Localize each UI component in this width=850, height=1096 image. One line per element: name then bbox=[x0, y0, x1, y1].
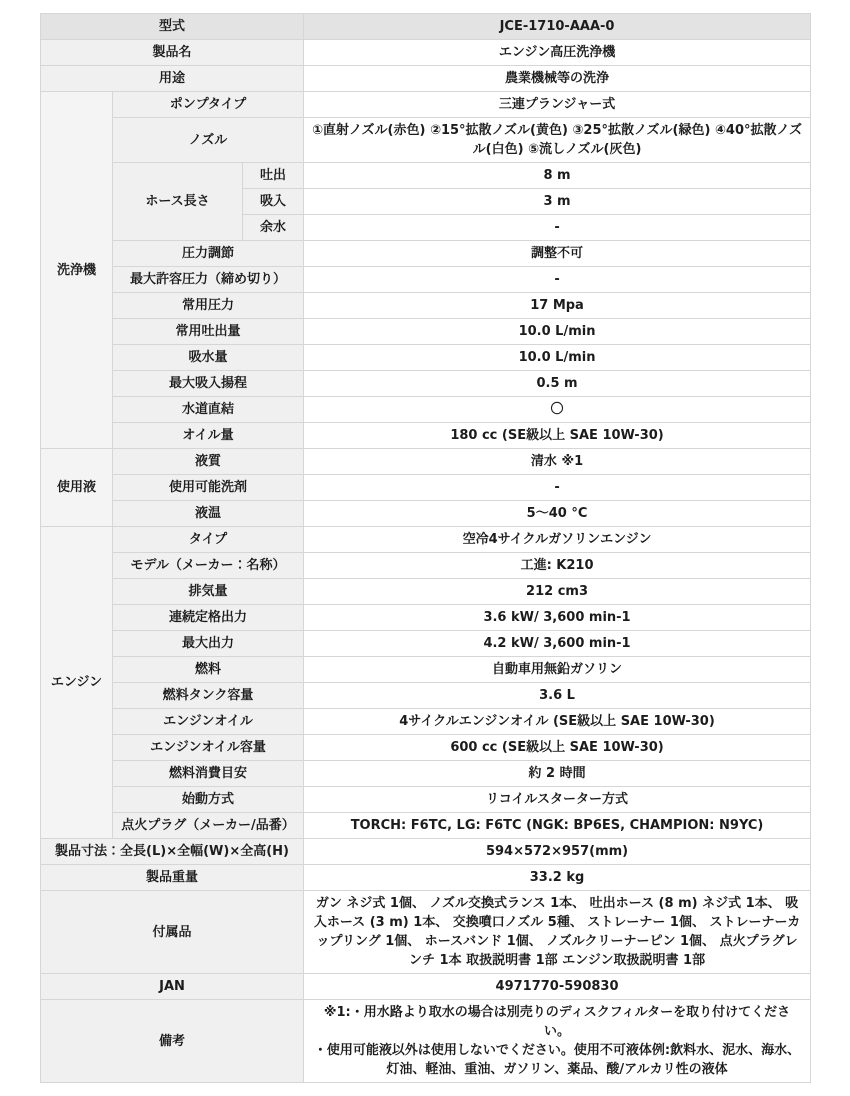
liquid-quality-label: 液質 bbox=[113, 449, 304, 475]
pump-type-label: ポンプタイプ bbox=[113, 92, 304, 118]
row-product-name: 製品名 エンジン高圧洗浄機 bbox=[41, 40, 811, 66]
row-hose-discharge: ホース長さ 吐出 8 m bbox=[41, 163, 811, 189]
row-liquid-quality: 使用液 液質 清水 ※1 bbox=[41, 449, 811, 475]
row-pressure-adjustment: 圧力調節 調整不可 bbox=[41, 241, 811, 267]
row-fuel-consumption: 燃料消費目安 約 2 時間 bbox=[41, 761, 811, 787]
normal-discharge-volume-label: 常用吐出量 bbox=[113, 319, 304, 345]
row-remarks: 備考 ※1:・用水路より取水の場合は別売りのディスクフィルターを取り付けてくださ… bbox=[41, 1000, 811, 1083]
pressure-adjustment-value: 調整不可 bbox=[304, 241, 811, 267]
spark-plug-value: TORCH: F6TC, LG: F6TC (NGK: BP6ES, CHAMP… bbox=[304, 813, 811, 839]
row-continuous-rated-output: 連続定格出力 3.6 kW/ 3,600 min-1 bbox=[41, 605, 811, 631]
row-usable-detergent: 使用可能洗剤 - bbox=[41, 475, 811, 501]
water-intake-volume-value: 10.0 L/min bbox=[304, 345, 811, 371]
hose-surplus-value: - bbox=[304, 215, 811, 241]
model-label: 型式 bbox=[41, 14, 304, 40]
dimensions-label: 製品寸法：全長(L)×全幅(W)×全高(H) bbox=[41, 839, 304, 865]
application-label: 用途 bbox=[41, 66, 304, 92]
oil-amount-value: 180 cc (SE級以上 SAE 10W-30) bbox=[304, 423, 811, 449]
nozzle-label: ノズル bbox=[113, 118, 304, 163]
product-spec-page: 型式 JCE-1710-AAA-0 製品名 エンジン高圧洗浄機 用途 農業機械等… bbox=[0, 0, 850, 1096]
row-max-output: 最大出力 4.2 kW/ 3,600 min-1 bbox=[41, 631, 811, 657]
max-suction-head-value: 0.5 m bbox=[304, 371, 811, 397]
displacement-label: 排気量 bbox=[113, 579, 304, 605]
weight-value: 33.2 kg bbox=[304, 865, 811, 891]
engine-oil-value: 4サイクルエンジンオイル (SE級以上 SAE 10W-30) bbox=[304, 709, 811, 735]
hose-surplus-label: 余水 bbox=[243, 215, 304, 241]
pump-type-value: 三連プランジャー式 bbox=[304, 92, 811, 118]
starting-method-label: 始動方式 bbox=[113, 787, 304, 813]
usable-detergent-value: - bbox=[304, 475, 811, 501]
displacement-value: 212 cm3 bbox=[304, 579, 811, 605]
row-normal-pressure: 常用圧力 17 Mpa bbox=[41, 293, 811, 319]
row-engine-oil-capacity: エンジンオイル容量 600 cc (SE級以上 SAE 10W-30) bbox=[41, 735, 811, 761]
row-displacement: 排気量 212 cm3 bbox=[41, 579, 811, 605]
row-nozzle: ノズル ①直射ノズル(赤色) ②15°拡散ノズル(黄色) ③25°拡散ノズル(緑… bbox=[41, 118, 811, 163]
engine-oil-capacity-value: 600 cc (SE級以上 SAE 10W-30) bbox=[304, 735, 811, 761]
row-normal-discharge-volume: 常用吐出量 10.0 L/min bbox=[41, 319, 811, 345]
liquid-quality-value: 清水 ※1 bbox=[304, 449, 811, 475]
remarks-note-2: ・使用可能液以外は使用しないでください。使用不可液体例:飲料水、泥水、海水、灯油… bbox=[312, 1041, 802, 1079]
row-engine-model: モデル（メーカー：名称） 工進: K210 bbox=[41, 553, 811, 579]
fuel-consumption-label: 燃料消費目安 bbox=[113, 761, 304, 787]
accessories-label: 付属品 bbox=[41, 891, 304, 974]
continuous-rated-output-value: 3.6 kW/ 3,600 min-1 bbox=[304, 605, 811, 631]
row-accessories: 付属品 ガン ネジ式 1個、 ノズル交換式ランス 1本、 吐出ホース (8 m)… bbox=[41, 891, 811, 974]
spec-table: 型式 JCE-1710-AAA-0 製品名 エンジン高圧洗浄機 用途 農業機械等… bbox=[40, 13, 811, 1083]
max-output-value: 4.2 kW/ 3,600 min-1 bbox=[304, 631, 811, 657]
row-fuel-tank-capacity: 燃料タンク容量 3.6 L bbox=[41, 683, 811, 709]
normal-pressure-label: 常用圧力 bbox=[113, 293, 304, 319]
hose-discharge-label: 吐出 bbox=[243, 163, 304, 189]
liquid-temperature-value: 5〜40 °C bbox=[304, 501, 811, 527]
max-suction-head-label: 最大吸入揚程 bbox=[113, 371, 304, 397]
water-intake-volume-label: 吸水量 bbox=[113, 345, 304, 371]
hose-length-label: ホース長さ bbox=[113, 163, 243, 241]
liquid-group-label: 使用液 bbox=[41, 449, 113, 527]
liquid-temperature-label: 液温 bbox=[113, 501, 304, 527]
model-value: JCE-1710-AAA-0 bbox=[304, 14, 811, 40]
pressure-adjustment-label: 圧力調節 bbox=[113, 241, 304, 267]
starting-method-value: リコイルスターター方式 bbox=[304, 787, 811, 813]
engine-model-value: 工進: K210 bbox=[304, 553, 811, 579]
normal-discharge-volume-value: 10.0 L/min bbox=[304, 319, 811, 345]
nozzle-value: ①直射ノズル(赤色) ②15°拡散ノズル(黄色) ③25°拡散ノズル(緑色) ④… bbox=[304, 118, 811, 163]
jan-label: JAN bbox=[41, 974, 304, 1000]
fuel-value: 自動車用無鉛ガソリン bbox=[304, 657, 811, 683]
row-liquid-temperature: 液温 5〜40 °C bbox=[41, 501, 811, 527]
row-direct-tap-water-connection: 水道直結 〇 bbox=[41, 397, 811, 423]
hose-suction-label: 吸入 bbox=[243, 189, 304, 215]
row-jan: JAN 4971770-590830 bbox=[41, 974, 811, 1000]
row-oil-amount: オイル量 180 cc (SE級以上 SAE 10W-30) bbox=[41, 423, 811, 449]
row-application: 用途 農業機械等の洗浄 bbox=[41, 66, 811, 92]
row-weight: 製品重量 33.2 kg bbox=[41, 865, 811, 891]
fuel-label: 燃料 bbox=[113, 657, 304, 683]
row-spark-plug: 点火プラグ（メーカー/品番） TORCH: F6TC, LG: F6TC (NG… bbox=[41, 813, 811, 839]
row-max-allowable-pressure: 最大許容圧力（締め切り） - bbox=[41, 267, 811, 293]
row-max-suction-head: 最大吸入揚程 0.5 m bbox=[41, 371, 811, 397]
row-fuel: 燃料 自動車用無鉛ガソリン bbox=[41, 657, 811, 683]
application-value: 農業機械等の洗浄 bbox=[304, 66, 811, 92]
product-name-label: 製品名 bbox=[41, 40, 304, 66]
row-starting-method: 始動方式 リコイルスターター方式 bbox=[41, 787, 811, 813]
usable-detergent-label: 使用可能洗剤 bbox=[113, 475, 304, 501]
row-engine-type: エンジン タイプ 空冷4サイクルガソリンエンジン bbox=[41, 527, 811, 553]
fuel-tank-capacity-label: 燃料タンク容量 bbox=[113, 683, 304, 709]
max-allowable-pressure-value: - bbox=[304, 267, 811, 293]
accessories-value: ガン ネジ式 1個、 ノズル交換式ランス 1本、 吐出ホース (8 m) ネジ式… bbox=[304, 891, 811, 974]
spark-plug-label: 点火プラグ（メーカー/品番） bbox=[113, 813, 304, 839]
max-output-label: 最大出力 bbox=[113, 631, 304, 657]
engine-group-label: エンジン bbox=[41, 527, 113, 839]
product-name-value: エンジン高圧洗浄機 bbox=[304, 40, 811, 66]
fuel-consumption-value: 約 2 時間 bbox=[304, 761, 811, 787]
engine-type-label: タイプ bbox=[113, 527, 304, 553]
engine-model-label: モデル（メーカー：名称） bbox=[113, 553, 304, 579]
hose-discharge-value: 8 m bbox=[304, 163, 811, 189]
engine-oil-label: エンジンオイル bbox=[113, 709, 304, 735]
row-water-intake-volume: 吸水量 10.0 L/min bbox=[41, 345, 811, 371]
direct-tap-water-connection-value: 〇 bbox=[304, 397, 811, 423]
direct-tap-water-connection-label: 水道直結 bbox=[113, 397, 304, 423]
dimensions-value: 594×572×957(mm) bbox=[304, 839, 811, 865]
row-model: 型式 JCE-1710-AAA-0 bbox=[41, 14, 811, 40]
row-dimensions: 製品寸法：全長(L)×全幅(W)×全高(H) 594×572×957(mm) bbox=[41, 839, 811, 865]
weight-label: 製品重量 bbox=[41, 865, 304, 891]
jan-value: 4971770-590830 bbox=[304, 974, 811, 1000]
fuel-tank-capacity-value: 3.6 L bbox=[304, 683, 811, 709]
max-allowable-pressure-label: 最大許容圧力（締め切り） bbox=[113, 267, 304, 293]
remarks-label: 備考 bbox=[41, 1000, 304, 1083]
normal-pressure-value: 17 Mpa bbox=[304, 293, 811, 319]
hose-suction-value: 3 m bbox=[304, 189, 811, 215]
continuous-rated-output-label: 連続定格出力 bbox=[113, 605, 304, 631]
remarks-value: ※1:・用水路より取水の場合は別売りのディスクフィルターを取り付けてください。 … bbox=[304, 1000, 811, 1083]
oil-amount-label: オイル量 bbox=[113, 423, 304, 449]
row-engine-oil: エンジンオイル 4サイクルエンジンオイル (SE級以上 SAE 10W-30) bbox=[41, 709, 811, 735]
engine-type-value: 空冷4サイクルガソリンエンジン bbox=[304, 527, 811, 553]
washer-group-label: 洗浄機 bbox=[41, 92, 113, 449]
row-pump-type: 洗浄機 ポンプタイプ 三連プランジャー式 bbox=[41, 92, 811, 118]
remarks-note-1: ※1:・用水路より取水の場合は別売りのディスクフィルターを取り付けてください。 bbox=[312, 1003, 802, 1041]
engine-oil-capacity-label: エンジンオイル容量 bbox=[113, 735, 304, 761]
